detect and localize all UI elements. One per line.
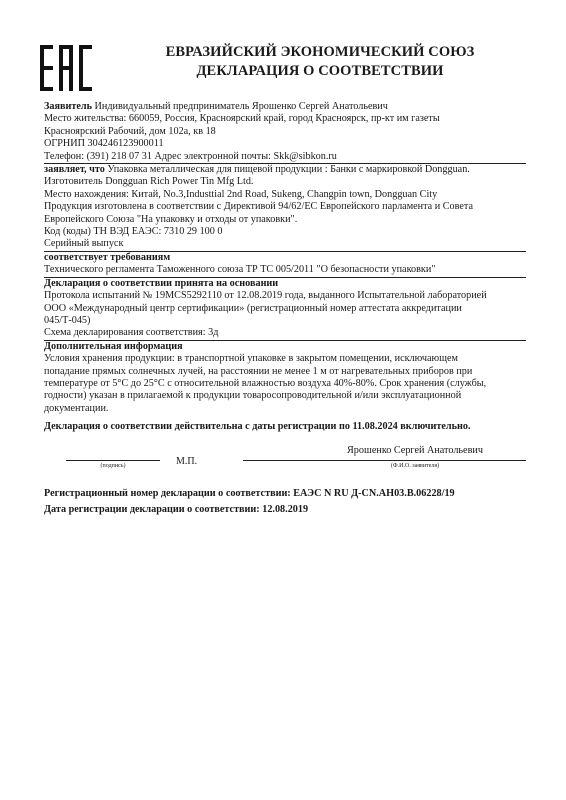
applicant-name: Индивидуальный предприниматель Ярошенко … [92, 101, 388, 112]
applicant-section: Заявитель Индивидуальный предприниматель… [44, 101, 526, 163]
directive-line-2: Европейского Союза "На упаковку и отходы… [44, 214, 526, 226]
directive-line-1: Продукция изготовлена в соответствии с Д… [44, 201, 526, 213]
compliance-section: соответствует требованиям Технического р… [44, 251, 526, 277]
additional-label: Дополнительная информация [44, 341, 526, 353]
registration-number: Регистрационный номер декларации о соотв… [44, 488, 455, 499]
additional-section: Дополнительная информация Условия хранен… [44, 340, 526, 415]
signature-caption: (подпись) [66, 463, 160, 469]
applicant-contacts: Телефон: (391) 218 07 31 Адрес электронн… [44, 151, 526, 163]
additional-line-1: Условия хранения продукции: в транспортн… [44, 353, 526, 365]
basis-line-1: Протокола испытаний № 19MCS5292110 от 12… [44, 290, 526, 302]
title-declaration: ДЕКЛАРАЦИЯ О СООТВЕТСТВИИ [120, 62, 520, 81]
document-title: ЕВРАЗИЙСКИЙ ЭКОНОМИЧЕСКИЙ СОЮЗ ДЕКЛАРАЦИ… [120, 43, 520, 81]
signature-line [66, 460, 160, 461]
title-union: ЕВРАЗИЙСКИЙ ЭКОНОМИЧЕСКИЙ СОЮЗ [120, 43, 520, 62]
declaration-scheme: Схема декларирования соответствия: 3д [44, 327, 526, 339]
basis-section: Декларация о соответствии принята на осн… [44, 277, 526, 340]
manufacturer-location: Место нахождения: Китай, No.3,Industtial… [44, 189, 526, 201]
validity-statement: Декларация о соответствии действительна … [44, 421, 471, 432]
release-type: Серийный выпуск [44, 238, 526, 250]
signer-name: Ярошенко Сергей Анатольевич [300, 445, 530, 456]
applicant-address-1: Место жительства: 660059, Россия, Красно… [44, 113, 526, 125]
signer-caption: (Ф.И.О. заявителя) [300, 463, 530, 469]
applicant-label: Заявитель [44, 101, 92, 112]
additional-line-5: документации. [44, 403, 526, 415]
declares-section: заявляет, что Упаковка металлическая для… [44, 163, 526, 251]
applicant-address-2: Красноярский Рабочий, дом 102а, кв 18 [44, 126, 526, 138]
registration-number-value: ЕАЭС N RU Д-CN.АН03.В.06228/19 [291, 488, 455, 499]
compliance-label: соответствует требованиям [44, 252, 526, 264]
stamp-placeholder: М.П. [176, 456, 197, 467]
additional-line-3: температуре от 5°С до 25°С с относительн… [44, 378, 526, 390]
declaration-body: Заявитель Индивидуальный предприниматель… [44, 101, 526, 415]
additional-line-4: годности) указан в прилагаемой к продукц… [44, 390, 526, 402]
signer-name-line [243, 460, 526, 461]
manufacturer: Изготовитель Dongguan Rich Power Tin Mfg… [44, 176, 526, 188]
basis-line-2: ООО «Международный центр сертификации» (… [44, 303, 526, 315]
basis-line-3: 045/Т-045) [44, 315, 526, 327]
registration-date-label: Дата регистрации декларации о соответств… [44, 504, 260, 515]
product-description: Упаковка металлическая для пищевой проду… [105, 164, 470, 175]
registration-date: Дата регистрации декларации о соответств… [44, 504, 308, 515]
eac-logo-icon [38, 45, 94, 91]
registration-number-label: Регистрационный номер декларации о соотв… [44, 488, 291, 499]
regulation: Технического регламента Таможенного союз… [44, 264, 526, 276]
applicant-ogrnip: ОГРНИП 304246123900011 [44, 138, 526, 150]
additional-line-2: попадание прямых солнечных лучей, на рас… [44, 366, 526, 378]
registration-date-value: 12.08.2019 [260, 504, 308, 515]
tn-ved-code: Код (коды) ТН ВЭД ЕАЭС: 7310 29 100 0 [44, 226, 526, 238]
basis-label: Декларация о соответствии принята на осн… [44, 278, 526, 290]
declares-label: заявляет, что [44, 164, 105, 175]
